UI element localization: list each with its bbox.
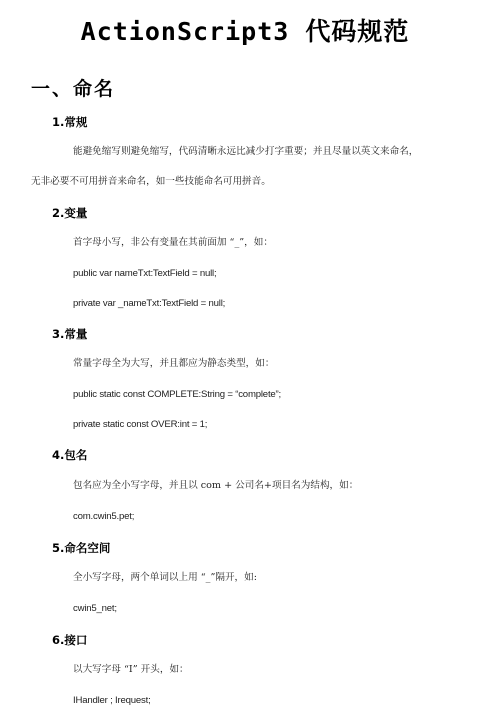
section-constants-code-2: private static const OVER:int = 1; [73,418,207,432]
section-variables-code-2: private var _nameTxt:TextField = null; [73,297,225,311]
section-interface-code: IHandler ; Irequest; [73,694,151,708]
document-title: ActionScript3 代码规范 [0,14,490,50]
chapter-heading: 一、命名 [31,76,115,102]
section-constants-paragraph: 常量字母全为大写，并且都应为静态类型，如： [73,357,274,371]
section-general-paragraph-1: 能避免缩写则避免缩写，代码清晰永远比减少打字重要；并且尽量以英文来命名， [73,145,418,159]
section-general-paragraph-2: 无非必要不可用拼音来命名，如一些技能命名可用拼音。 [31,175,271,189]
section-variables-paragraph: 首字母小写，非公有变量在其前面加 “_”，如： [73,236,273,250]
section-heading-general: 1.常规 [52,114,87,130]
section-heading-package: 4.包名 [52,447,87,463]
section-constants-code-1: public static const COMPLETE:String = “c… [73,388,281,402]
section-heading-interface: 6.接口 [52,632,87,648]
section-namespace-paragraph: 全小写字母，两个单词以上用 “_”隔开，如: [73,571,257,585]
section-namespace-code: cwin5_net; [73,602,117,616]
section-heading-variables: 2.变量 [52,205,87,221]
section-package-code: com.cwin5.pet; [73,510,134,524]
section-package-paragraph: 包名应为全小写字母，并且以 com + 公司名+项目名为结构，如： [73,479,358,493]
section-variables-code-1: public var nameTxt:TextField = null; [73,267,216,281]
section-heading-constants: 3.常量 [52,326,87,342]
section-heading-namespace: 5.命名空间 [52,540,110,556]
document-page: ActionScript3 代码规范 一、命名 1.常规 能避免缩写则避免缩写，… [0,0,490,714]
section-interface-paragraph: 以大写字母 “I” 开头，如： [73,663,189,677]
